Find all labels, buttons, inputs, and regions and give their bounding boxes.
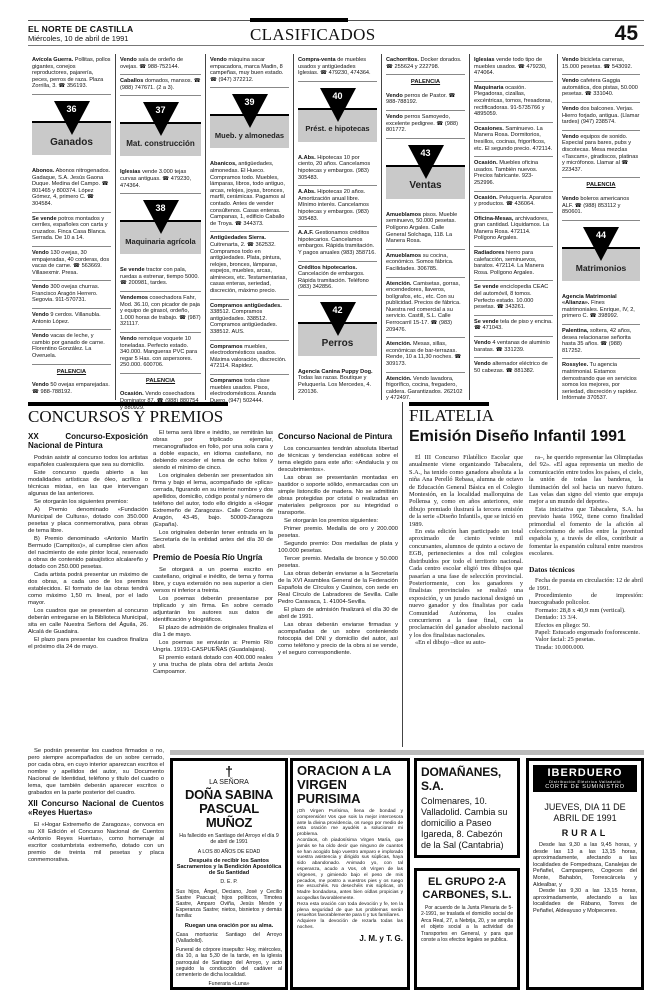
article-column: El tema será libre e inédito, se remitir… [153,430,273,677]
classified-ad: Vendo sala de ordeño de ovejas. ☎ 988-75… [120,54,201,75]
classified-ad: Abanicos, antigüedades, almonedas. El Hu… [210,158,289,232]
classified-ad: Agencia Canina Puppy Dog. Todas las raza… [298,366,377,399]
classified-ad: Cachorritos. Docker dorados. ☎ 255624 y … [386,54,465,75]
article-title: Concurso Nacional de Pintura [278,432,398,441]
region-label: PALENCIA [120,374,201,389]
category-header-ventas: Ventas43 [386,145,465,203]
prayer-title: ORACION A LA VIRGEN PURISIMA [297,764,403,806]
category-header-perros: Perros42 [298,302,377,360]
publication-date: Miércoles, 10 de abril de 1991 [28,34,128,43]
classified-ad: Atención. Camisetas, gorras, encendedore… [386,278,465,339]
classified-ad: Vendo cafetera Gaggia automática, dos pi… [562,75,640,103]
article-column: XX Concurso-Exposición Nacional de Pintu… [28,430,148,652]
classified-ad: A.Abs. Hipotecas 20 años. Amortización a… [298,186,377,227]
classified-ad: Vendo perros Samoyedo, excelente pedigre… [386,111,465,139]
classified-ad: Iglesias vende todo tipo de muebles usad… [474,54,553,82]
classified-column-4: Compra-venta de muebles usados y antigüe… [294,54,382,400]
classified-ad: Atención. Vendo lavadora, frigorífico, c… [386,373,465,406]
classified-ad: Amueblamos su cocina, económico. Somos f… [386,250,465,278]
section-heading: FILATELIA [409,402,489,426]
classified-ad: A.Abs. Hipotecas 10 por ciento, 20 años.… [298,152,377,186]
classified-ad: A.A.F. Gestionamos créditos hipotecarios… [298,227,377,261]
article-column: Se podrán presentar los cuadros firmados… [28,748,164,865]
section-bar [250,18,348,22]
cross-icon: † [176,764,282,778]
classified-ad: Atención. Mesas, sillas, económicas de b… [386,338,465,372]
classified-ad: Vendo 130 ovejas, 30 empajeradas, 40 cor… [32,247,111,281]
classified-ad: Vendo 9 cerdos. Villanubla. Antonio Lópe… [32,309,111,330]
publication-name: EL NORTE DE CASTILLA [28,24,133,34]
classified-ad: Iglesias vende 3.000 tejas curvas antigu… [120,166,201,194]
classified-column-3: Vendo máquina sacar empacadora, marca Ma… [206,54,294,400]
classified-ad: Se vende enciclopedia CEAC del automóvil… [474,281,553,315]
classified-column-6: Iglesias vende todo tipo de muebles usad… [470,54,558,400]
classified-ad: Vendo 4 ventanas de aluminio baratas. ☎ … [474,337,553,358]
category-header-muebles-almonedas: Mueb. y almonedas39 [210,94,289,152]
classified-ad: Vendo equipos de sonido. Especial para b… [562,131,640,179]
classified-ad: Antigüedades Sierra. Cuitrenarta, 2. ☎ 3… [210,232,289,299]
classified-ad: Rossylee. Tu agencia matrimonial. Estamo… [562,359,640,406]
classified-ad: Caballos domados, mansos. ☎ (988) 747671… [120,75,201,96]
classified-ad: Vendo vacas de leche, y cambio por ganad… [32,330,111,364]
classified-ad: Vendo alternador eléctrico de 50 cabezas… [474,358,553,378]
classified-ad: Ocasiones. Saminuevo. La Manera Rosa. Do… [474,123,553,157]
classified-ad: Oficina-Mesas, archivadores, gran cantid… [474,213,553,247]
classified-ad: Vendemos cosechadora Fahr, Mod. 36.10, c… [120,292,201,333]
company-name: DOMAÑANES, S.A. [421,765,513,793]
article-title: XII Concurso Nacional de Cuentos «Reyes … [28,799,164,817]
category-header-matrimonios: Matrimonios44 [562,227,640,285]
headline: Emisión Diseño Infantil 1991 [409,428,644,446]
classified-ad: Vendo remolque voquete 10 toneladas. Per… [120,333,201,374]
article-title: XX Concurso-Exposición Nacional de Pintu… [28,432,148,450]
category-header-mat-construccion: Mat. construcción37 [120,102,201,160]
classified-ad: Créditos hipotecarios. Cancelación de em… [298,262,377,296]
signature: J. M. y T. G. [297,936,403,942]
iberduero-notice: IBERDUERO Distribución Eléctrica Vallado… [526,758,644,990]
filatelia-section: FILATELIA Emisión Diseño Infantil 1991 E… [402,402,644,747]
classified-ad: Vendo dos balcones. Verjas. Hierro forja… [562,103,640,131]
classifieds-grid: Avícola Guerra. Pollitas, pollos gigante… [28,54,644,400]
grupo-carbones-notice: EL GRUPO 2-A CARBONES, S.L. Por acuerdo … [414,868,520,990]
classified-ad: Maquinaria ocasión. Plegadoras, cizallas… [474,82,553,123]
classified-column-5: Cachorritos. Docker dorados. ☎ 255624 y … [382,54,470,400]
article-column: ra–, he querido representar las Olimpiad… [529,454,643,651]
region-label: PALENCIA [386,75,465,90]
classified-ad: Vendo máquina sacar empacadora, marca Ma… [210,54,289,88]
concursos-section: CONCURSOS Y PREMIOS XX Concurso-Exposici… [28,402,398,747]
obituary-notice: † LA SEÑORA DOÑA SABINA PASCUAL MUÑOZ Ha… [170,758,288,990]
classified-ad: Vendo 300 ovejas churras. Francisco Arag… [32,281,111,309]
classified-ad: Radiadores hierro para calefacción, semi… [474,247,553,281]
classified-ad: Ocasión. Muebles oficina usados. También… [474,157,553,191]
outage-zone: RURAL [533,828,637,838]
article-column: Concurso Nacional de Pintura Los concurs… [278,430,398,658]
classified-ad: Se vende tractor con pala, ruedas a estr… [120,264,201,292]
classified-ad: Vendo boleros americanos ALF. ☎ (988) 85… [562,193,640,221]
classified-ad: Compramos muebles, electrodomésticos usa… [210,341,289,375]
classified-ad: Abonos. Abonos nitrogenados. Gadaque, S.… [32,165,111,213]
classified-ad: Se vende potros montados y cerriles, esp… [32,213,111,247]
section-title: CLASIFICADOS [250,25,375,45]
category-header-ganados: Ganados36 [32,101,111,159]
iberduero-logo: IBERDUERO Distribución Eléctrica Vallado… [533,765,637,792]
category-header-prestamos-hipotecas: Prést. e hipotecas40 [298,88,377,146]
classified-ad: Vendo perros de Pastor. ☎ 988-788192. [386,90,465,111]
classified-column-2: Vendo sala de ordeño de ovejas. ☎ 988-75… [116,54,206,400]
region-label: PALENCIA [562,178,640,193]
page-number: 45 [615,22,638,46]
classified-ad: Avícola Guerra. Pollitas, pollos gigante… [32,54,111,95]
category-header-maquinaria-agricola: Maquinaria agrícola38 [120,200,201,258]
outage-date: JUEVES, DIA 11 DE ABRIL DE 1991 [533,802,637,824]
classified-ad: Compramos antigüedades. 338512. Compramo… [210,300,289,341]
domananes-notice: DOMAÑANES, S.A. Colmenares, 10. Valladol… [414,758,520,858]
classified-ad: Palentina, soltera, 42 años, desea relac… [562,325,640,359]
classified-ad: Amueblamos pisos. Mueble seminuevo, 50.0… [386,209,465,250]
classified-ad: Ocasión. Peluquería. Aparatos y producto… [474,192,553,213]
article-column: El III Concurso Filatélico Escolar que a… [409,454,523,647]
prayer-notice: ORACION A LA VIRGEN PURISIMA ¡Oh Virgen … [290,758,410,990]
classified-ad: Vendo 50 ovejas emparejadas. ☎ 988-78819… [32,379,111,399]
classified-ad: Agencia Matrimonial «Alianza». Fines mat… [562,291,640,325]
classified-ad: Vendo bicicleta carreras, 15.000 pesetas… [562,54,640,75]
article-title: Premio de Poesía Río Ungría [153,553,273,562]
section-heading: CONCURSOS Y PREMIOS [28,402,228,427]
deceased-name: DOÑA SABINA PASCUAL MUÑOZ [176,788,282,830]
classified-ad: Se vende tela de piso y encina. ☎ 471043… [474,316,553,337]
subheading: Datos técnicos [529,566,643,573]
classified-column-7: Vendo bicicleta carreras, 15.000 pesetas… [558,54,644,400]
divider [170,750,644,755]
region-label: PALENCIA [32,365,111,380]
masthead: EL NORTE DE CASTILLA Miércoles, 10 de ab… [28,20,644,46]
classified-column-1: Avícola Guerra. Pollitas, pollos gigante… [28,54,116,400]
classified-ad: Compra-venta de muebles usados y antigüe… [298,54,377,82]
company-name: EL GRUPO 2-A CARBONES, S.L. [421,876,513,902]
